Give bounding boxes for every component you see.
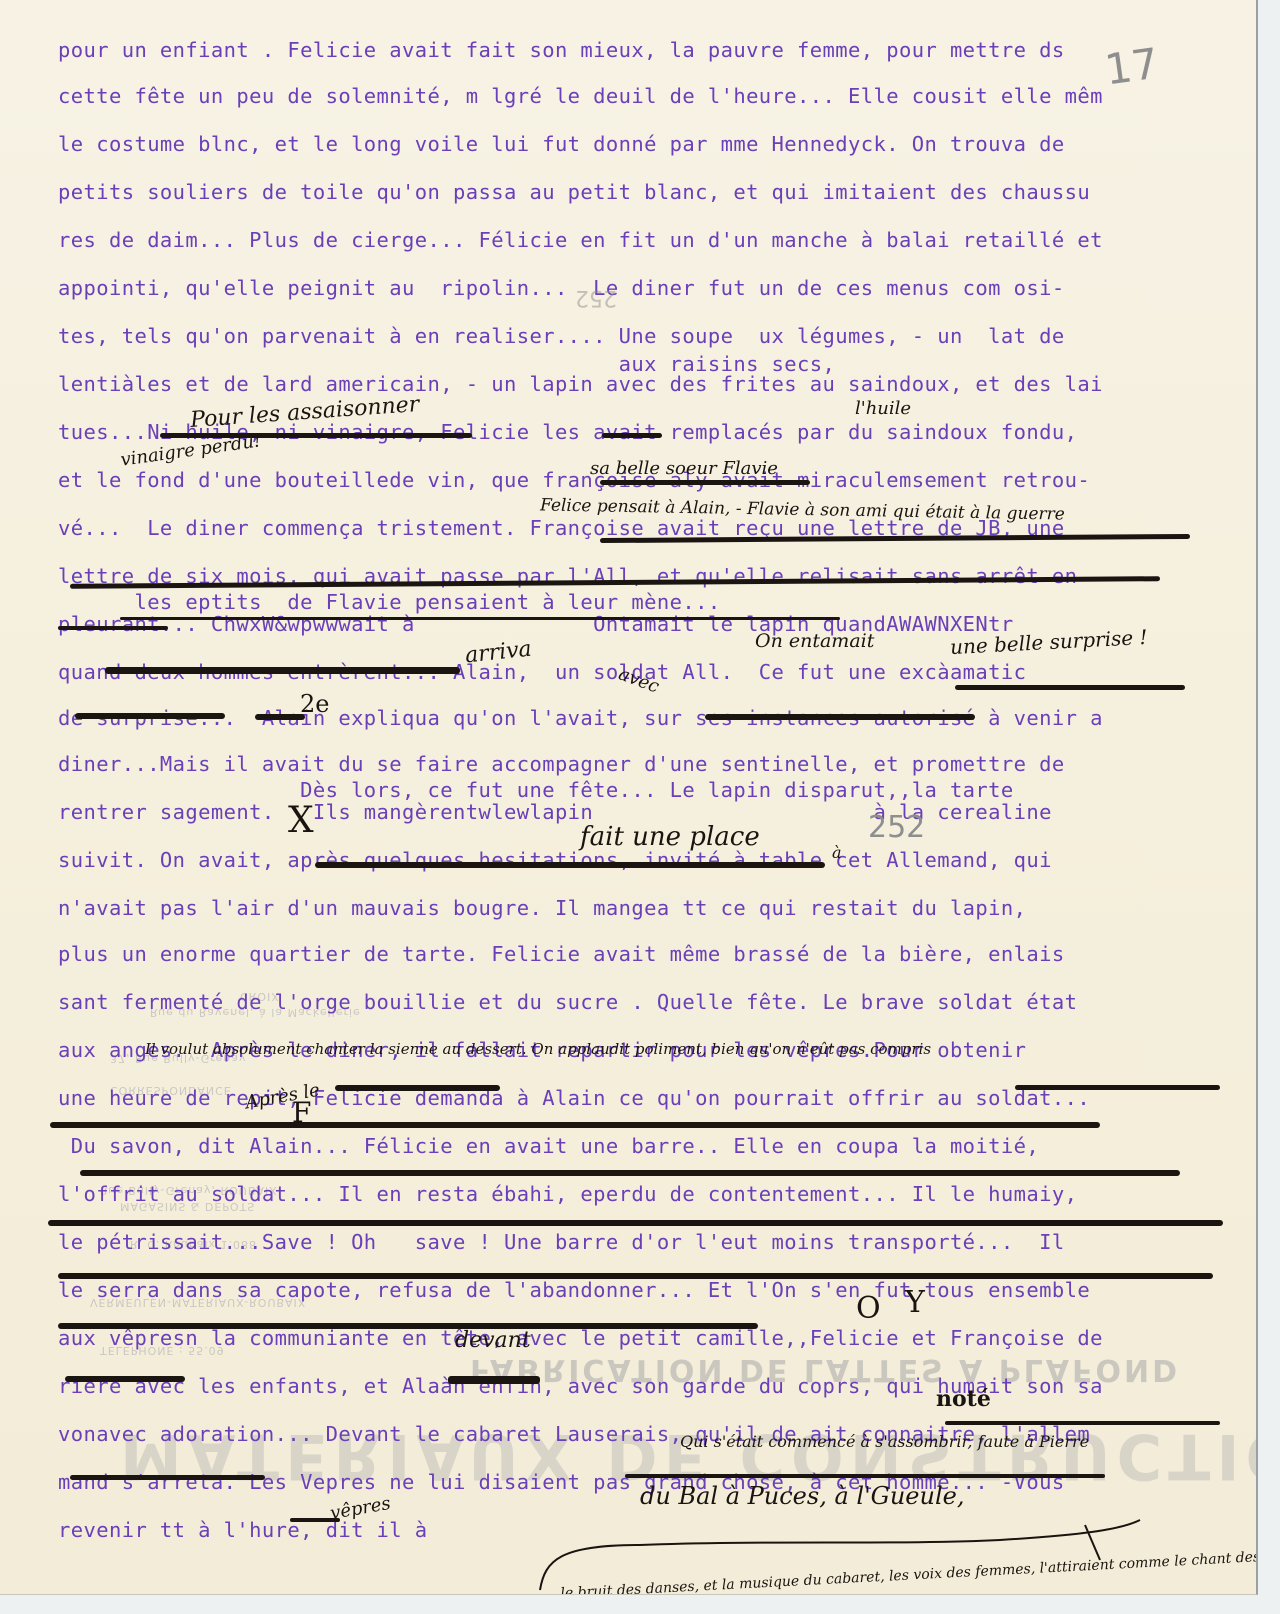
annotation-loop [0, 0, 1256, 1594]
manuscript-page: CROIX Rue du Ravenel, à la Mackellerie 3… [0, 0, 1258, 1595]
